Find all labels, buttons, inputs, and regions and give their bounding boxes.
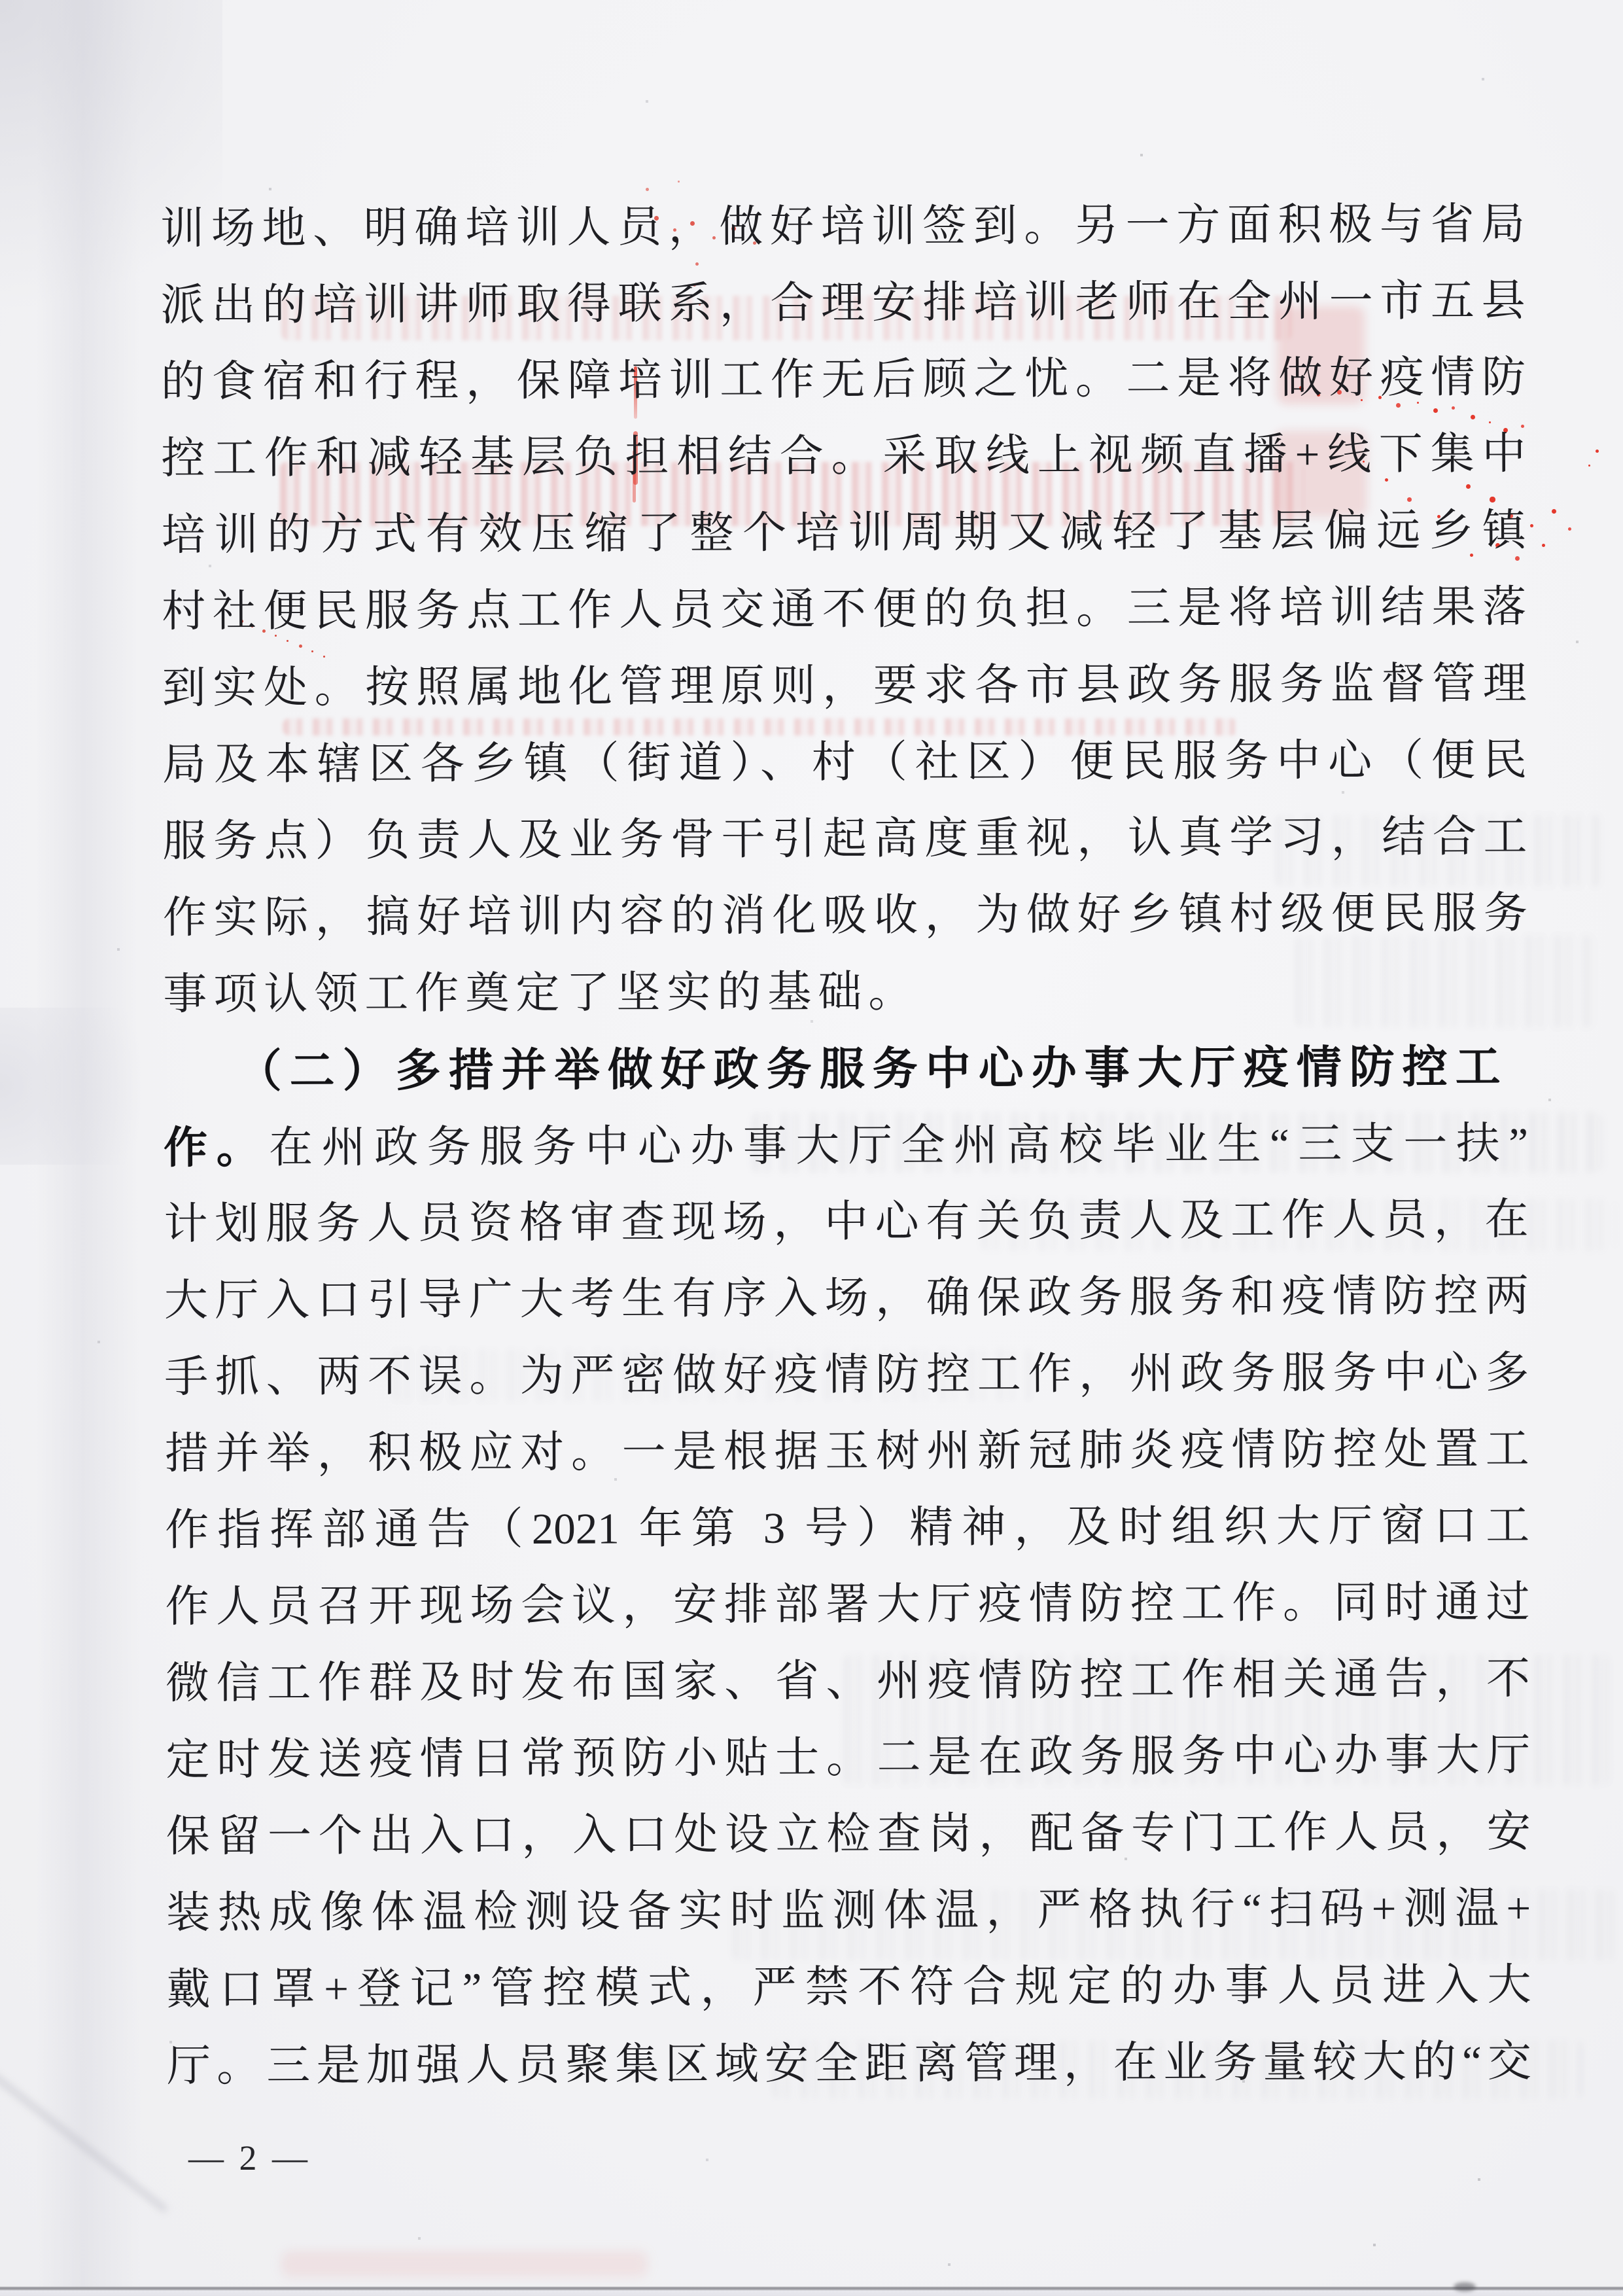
text-lines: 训场地、明确培训人员，做好培训签到。另一方面积极与省局派出的培训讲师取得联系，合… [160, 186, 1531, 2105]
page-number: — 2 — [188, 2138, 311, 2178]
text-line: 作人员召开现场会议，安排部署大厅疫情防控工作。同时通过 [165, 1564, 1529, 1646]
text-line: 戴口罩+登记”管控模式，严禁不符合规定的办事人员进入大 [166, 1947, 1531, 2028]
text-line: 训场地、明确培训人员，做好培训签到。另一方面积极与省局 [160, 186, 1525, 268]
text-line: 事项认领工作奠定了坚实的基础。 [163, 952, 1527, 1033]
scanner-bottom-edge [0, 2282, 1623, 2296]
text-line: 派出的培训讲师取得联系，合理安排培训老师在全州一市五县 [160, 263, 1525, 344]
heading-continuation-prefix: 作。 [164, 1123, 269, 1173]
text-line: 装热成像体温检测设备实时监测体温，严格执行“扫码+测温+ [166, 1871, 1531, 1952]
text-line: 计划服务人员资格审查现场，中心有关负责人及工作人员，在 [164, 1182, 1528, 1263]
red-bleed-through-patch [281, 2251, 648, 2277]
section-heading: （二）多措并举做好政务服务中心办事大厅疫情防控工 [163, 1029, 1527, 1110]
text-line: 保留一个出入口，入口处设立检查岗，配备专门工作人员，安 [166, 1794, 1531, 1875]
text-line: 手抓、两不误。为严密做好疫情防控工作，州政务服务中心多 [164, 1335, 1529, 1416]
text-line: 大厅入口引导广大考生有序入场，确保政务服务和疫情防控两 [164, 1258, 1529, 1339]
scanned-page: 训场地、明确培训人员，做好培训签到。另一方面积极与省局派出的培训讲师取得联系，合… [0, 0, 1623, 2296]
text-line: 作。在州政务服务中心办事大厅全州高校毕业生“三支一扶” [164, 1105, 1528, 1186]
text-line: 培训的方式有效压缩了整个培训周期又减轻了基层偏远乡镇 [162, 493, 1526, 574]
text-line: 控工作和减轻基层负担相结合。采取线上视频直播+线下集中 [161, 416, 1526, 497]
text-line: 服务点）负责人及业务骨干引起高度重视，认真学习，结合工 [162, 799, 1527, 880]
text-line: 措并举，积极应对。一是根据玉树州新冠肺炎疫情防控处置工 [165, 1411, 1529, 1492]
bottom-edge-smudge [1454, 2282, 1476, 2291]
paper-noise-speckles [0, 0, 1, 1]
text-line: 的食宿和行程，保障培训工作无后顾之忧。二是将做好疫情防 [161, 340, 1526, 421]
text-line: 定时发送疫情日常预防小贴士。二是在政务服务中心办事大厅 [166, 1718, 1530, 1799]
text-line: 微信工作群及时发布国家、省、州疫情防控工作相关通告，不 [166, 1641, 1530, 1722]
text-line: 厅。三是加强人员聚集区域安全距离管理，在业务量较大的“交 [167, 2024, 1531, 2105]
text-line: 作指挥部通告（2021 年第 3 号）精神，及时组织大厅窗口工 [165, 1488, 1529, 1569]
text-line: 到实处。按照属地化管理原则，要求各市县政务服务监督管理 [162, 646, 1526, 727]
text-line: 村社便民服务点工作人员交通不便的负担。三是将培训结果落 [162, 569, 1526, 650]
text-line: 局及本辖区各乡镇（街道）、村（社区）便民服务中心（便民 [162, 722, 1527, 804]
text-line: 作实际，搞好培训内容的消化吸收，为做好乡镇村级便民服务 [163, 875, 1527, 957]
